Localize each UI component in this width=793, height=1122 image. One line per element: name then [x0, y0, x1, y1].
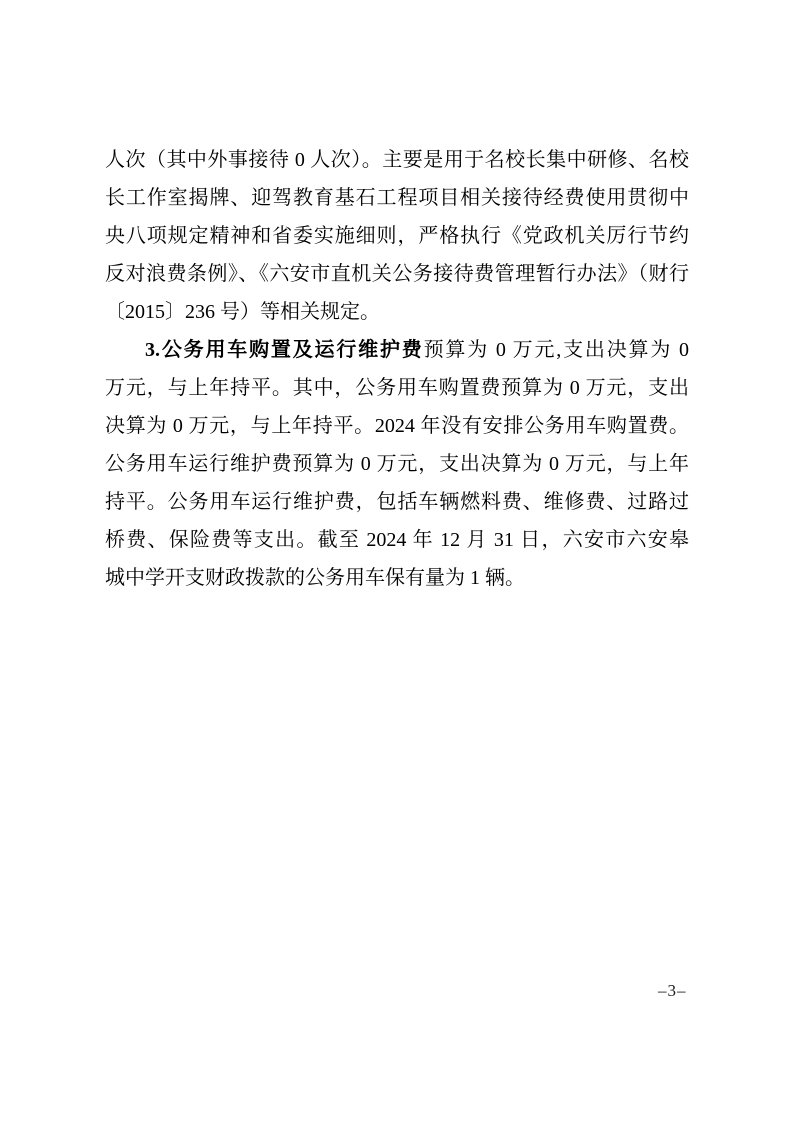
- paragraph2-line: 城中学开支财政拨款的公务用车保有量为 1 辆。: [105, 559, 689, 597]
- paragraph2-line: 桥费、保险费等支出。截至 2024 年 12 月 31 日，六安市六安皋: [105, 521, 689, 559]
- page-number: –3–: [658, 981, 687, 1001]
- paragraph2-heading: 3.公务用车购置及运行维护费: [145, 339, 424, 361]
- paragraph2-line: 持平。公务用车运行维护费，包括车辆燃料费、维修费、过路过: [105, 483, 689, 521]
- paragraph2-line: 决算为 0 万元，与上年持平。2024 年没有安排公务用车购置费。: [105, 407, 689, 445]
- paragraph1-line: 〔2015〕236 号）等相关规定。: [105, 293, 689, 331]
- paragraph1-line: 央八项规定精神和省委实施细则，严格执行《党政机关厉行节约: [105, 217, 689, 255]
- document-body: 人次（其中外事接待 0 人次）。主要是用于名校长集中研修、名校 长工作室揭牌、迎…: [105, 141, 689, 597]
- paragraph2-heading-rest: 预算为 0 万元,支出决算为 0: [424, 339, 689, 361]
- paragraph2-line: 3.公务用车购置及运行维护费预算为 0 万元,支出决算为 0: [105, 331, 689, 369]
- paragraph1-line: 人次（其中外事接待 0 人次）。主要是用于名校长集中研修、名校: [105, 141, 689, 179]
- paragraph1-line: 长工作室揭牌、迎驾教育基石工程项目相关接待经费使用贯彻中: [105, 179, 689, 217]
- paragraph2-line: 公务用车运行维护费预算为 0 万元，支出决算为 0 万元，与上年: [105, 445, 689, 483]
- paragraph1-line: 反对浪费条例》、《六安市直机关公务接待费管理暂行办法》（财行: [105, 255, 689, 293]
- document-page: 人次（其中外事接待 0 人次）。主要是用于名校长集中研修、名校 长工作室揭牌、迎…: [0, 0, 793, 1122]
- paragraph2-line: 万元，与上年持平。其中，公务用车购置费预算为 0 万元，支出: [105, 369, 689, 407]
